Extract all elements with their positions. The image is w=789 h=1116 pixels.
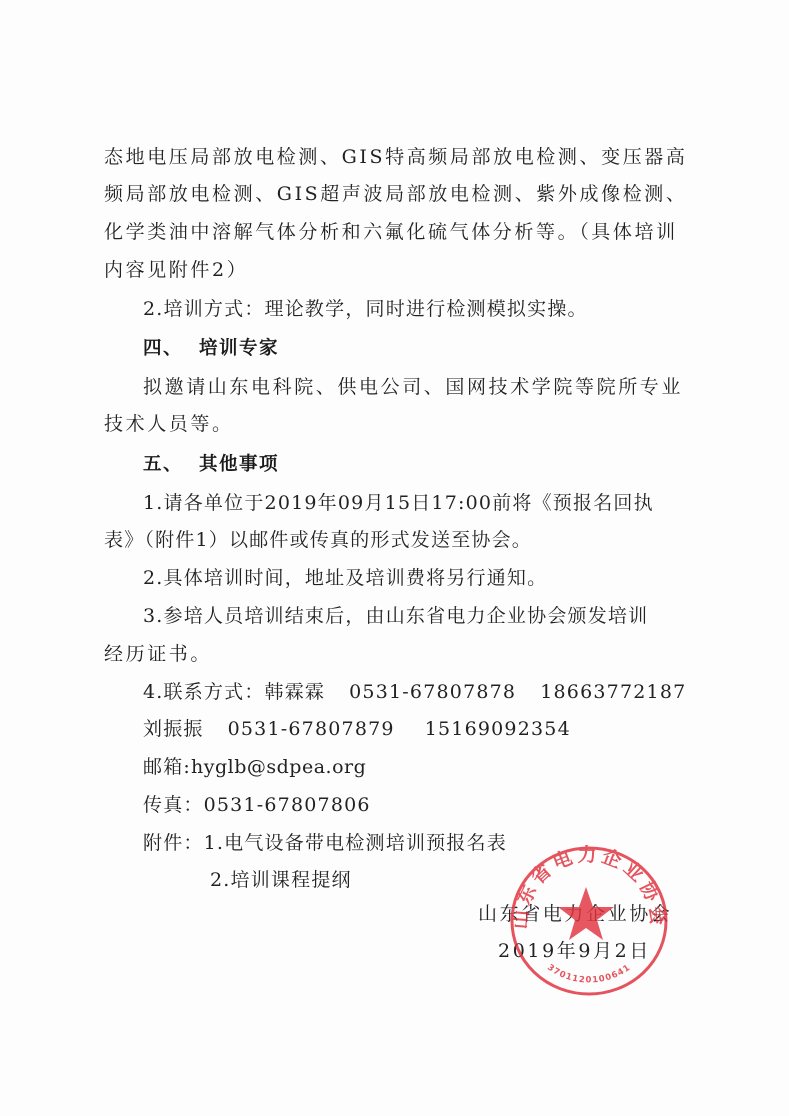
fax-number: 0531-67807806 [204, 794, 371, 816]
signature-date: 2019年9月2日 [498, 939, 651, 963]
contact-mobile: 18663772187 [540, 681, 686, 703]
attachment-item: 2.培训课程提纲 [210, 868, 352, 892]
contact-phone: 0531-67807878 [349, 681, 516, 703]
item-certificate: 3.参培人员培训结束后，由山东省电力企业协会颁发培训 [143, 604, 648, 628]
item-notice: 2.具体培训时间，地址及培训费将另行通知。 [143, 566, 547, 590]
item-deadline: 1.请各单位于2019年09月15日17:00前将《预报名回执 [143, 491, 654, 515]
item-certificate-cont: 经历证书。 [104, 642, 212, 666]
contact-mobile: 15169092354 [425, 718, 571, 740]
paragraph-line: 拟邀请山东电科院、供电公司、国网技术学院等院所专业 [143, 375, 683, 399]
section-number: 四、 [143, 338, 183, 359]
paragraph-line: 态地电压局部放电检测、GIS特高频局部放电检测、变压器高 [104, 145, 688, 169]
email-address: hyglb@sdpea.org [191, 756, 366, 778]
section-number: 五、 [143, 454, 183, 475]
section-heading-other: 五、其他事项 [143, 453, 279, 477]
attachments-line: 附件：1.电气设备带电检测培训预报名表 [143, 831, 507, 855]
item-deadline-cont: 表》（附件1）以邮件或传真的形式发送至协会。 [104, 528, 532, 552]
paragraph-line: 内容见附件2） [104, 258, 248, 282]
email-label: 邮箱: [143, 756, 191, 778]
section-title: 其他事项 [199, 454, 279, 475]
paragraph-line: 频局部放电检测、GIS超声波局部放电检测、紫外成像检测、 [104, 182, 688, 206]
section-title: 培训专家 [199, 338, 279, 359]
seal-code: 3701120100641 [545, 963, 633, 986]
training-method: 2.培训方式：理论教学，同时进行检测模拟实操。 [143, 297, 588, 321]
attachments-label: 附件： [143, 832, 204, 854]
contact-name: 韩霖霖 [265, 681, 326, 703]
section-heading-experts: 四、培训专家 [143, 337, 279, 361]
fax-label: 传真： [143, 794, 204, 816]
signature-organization: 山东省电力企业协会 [478, 902, 672, 926]
document-page: 态地电压局部放电检测、GIS特高频局部放电检测、变压器高 频局部放电检测、GIS… [0, 0, 789, 1116]
svg-text:3701120100641: 3701120100641 [545, 963, 633, 986]
paragraph-line: 化学类油中溶解气体分析和六氟化硫气体分析等。（具体培训 [104, 220, 678, 244]
email-line: 邮箱:hyglb@sdpea.org [143, 755, 366, 779]
contact-phone: 0531-67807879 [228, 718, 395, 740]
contact-line-2: 刘振振0531-6780787915169092354 [143, 717, 571, 741]
paragraph-line: 技术人员等。 [104, 412, 234, 436]
attachment-item: 1.电气设备带电检测培训预报名表 [204, 832, 507, 854]
contact-line-1: 4.联系方式：韩霖霖0531-6780787818663772187 [143, 680, 686, 704]
contact-label: 4.联系方式： [143, 681, 265, 703]
fax-line: 传真：0531-67807806 [143, 793, 371, 817]
contact-name: 刘振振 [143, 718, 204, 740]
